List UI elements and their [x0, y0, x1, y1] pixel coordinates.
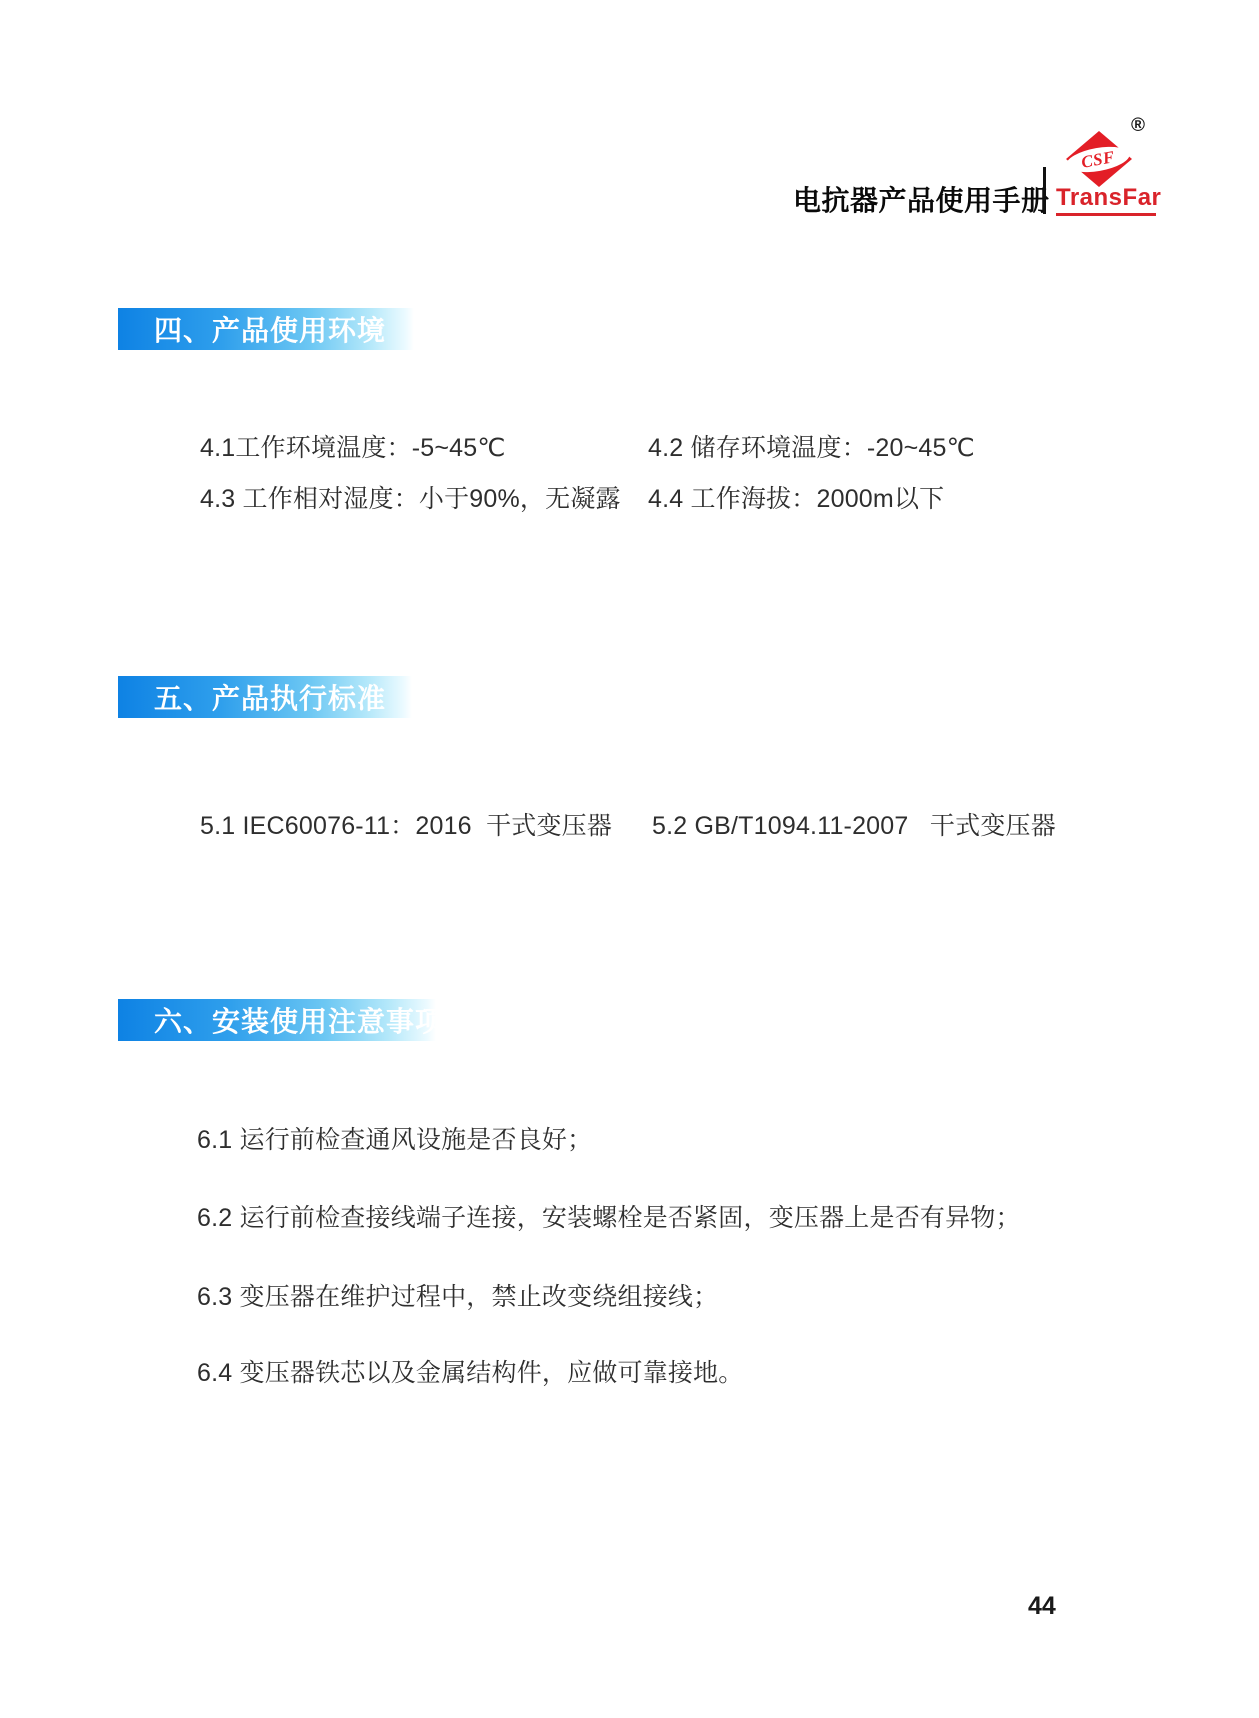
item-4-3: 4.3 工作相对湿度：小于90%，无凝露	[200, 479, 621, 515]
item-6-2: 6.2 运行前检查接线端子连接，安装螺栓是否紧固，变压器上是否有异物；	[197, 1198, 1021, 1234]
section-title: 六、安装使用注意事项	[118, 1000, 444, 1040]
item-5-2: 5.2 GB/T1094.11-2007 干式变压器	[652, 806, 1056, 842]
item-4-1: 4.1工作环境温度：-5~45℃	[200, 428, 506, 464]
item-5-1: 5.1 IEC60076-11：2016 干式变压器	[200, 806, 612, 842]
section-header-standards: 五、产品执行标准	[118, 676, 412, 718]
section-header-installation-notes: 六、安装使用注意事项	[118, 999, 436, 1041]
brand-name: TransFar	[1056, 184, 1156, 216]
item-4-2: 4.2 储存环境温度：-20~45℃	[648, 428, 975, 464]
section-title: 四、产品使用环境	[118, 309, 386, 349]
item-6-3: 6.3 变压器在维护过程中，禁止改变绕组接线；	[197, 1277, 718, 1313]
brand-logo: CSF ® TransFar	[1055, 104, 1159, 214]
logo-monogram: CSF	[1080, 148, 1116, 171]
section-header-usage-environment: 四、产品使用环境	[118, 308, 414, 350]
item-6-1: 6.1 运行前检查通风设施是否良好；	[197, 1120, 592, 1156]
item-6-4: 6.4 变压器铁芯以及金属结构件，应做可靠接地。	[197, 1353, 744, 1389]
manual-page: 电抗器产品使用手册 CSF ® TransFar 四、产品使用环境 4.1工作环…	[0, 0, 1259, 1718]
section-title: 五、产品执行标准	[118, 677, 386, 717]
registered-trademark-icon: ®	[1131, 115, 1145, 137]
header-divider	[1043, 167, 1046, 214]
manual-title: 电抗器产品使用手册	[793, 179, 1050, 219]
page-number: 44	[1028, 1592, 1056, 1621]
item-4-4: 4.4 工作海拔：2000m以下	[648, 479, 944, 515]
